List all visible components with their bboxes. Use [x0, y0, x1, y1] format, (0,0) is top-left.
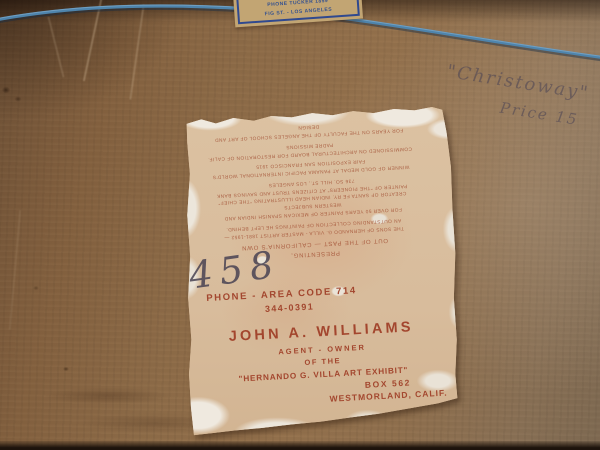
- aged-paper-exhibit-label: PRESENTING, OUT OF THE PAST — CALIFORNIA…: [175, 98, 467, 443]
- upside-down-biography-text: PRESENTING, OUT OF THE PAST — CALIFORNIA…: [185, 116, 438, 264]
- address-block: BOX 562 WESTMORLAND, CALIF.: [329, 376, 448, 404]
- torn-paper-surface: PRESENTING, OUT OF THE PAST — CALIFORNIA…: [175, 98, 467, 443]
- photo-back-of-framed-painting: PHONE TUCKER 1859 FIG ST. - LOS ANGELES …: [0, 0, 600, 450]
- phone-number-text: 344-0391: [265, 299, 358, 314]
- label-content: PRESENTING, OUT OF THE PAST — CALIFORNIA…: [166, 91, 476, 450]
- bottom-edge-shadow: [0, 441, 600, 450]
